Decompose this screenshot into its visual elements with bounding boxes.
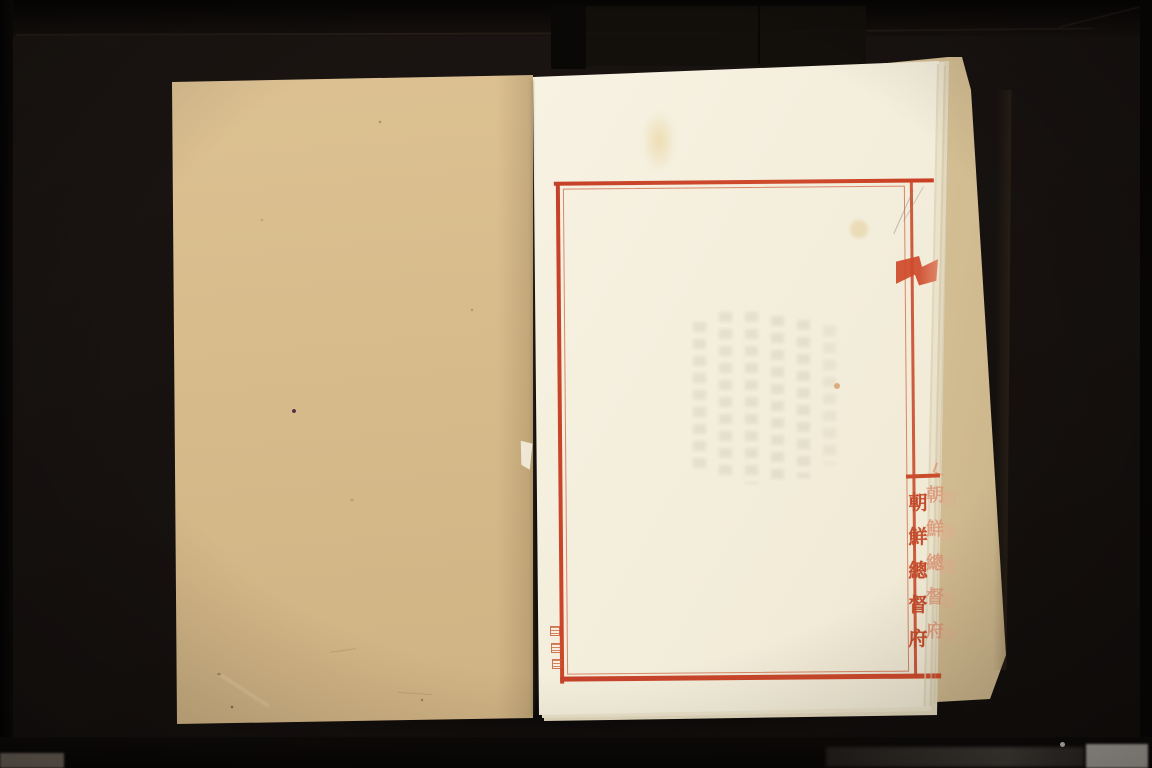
spine-shadow <box>531 80 534 714</box>
banxin-echo-char: 朝 <box>940 483 957 517</box>
banxin-echo-char: 督 <box>940 585 957 619</box>
stand-shadow-strip <box>551 5 586 69</box>
bottom-glare-left <box>0 753 64 768</box>
printer-mark <box>550 626 560 636</box>
frame-border-bottom <box>560 673 941 681</box>
frame-border-top <box>554 178 934 185</box>
bottom-glare-center <box>826 747 1084 767</box>
banxin-echo-char: 府 <box>940 619 957 653</box>
bottom-glare-dot <box>1060 742 1065 747</box>
frame-rail-right <box>1140 0 1152 768</box>
frame-rail-left <box>0 0 13 768</box>
back-cover-shading <box>992 90 1011 670</box>
book-photograph: 朝 鮮 總 督 府 朝 鮮 總 督 府 朝 鮮 總 督 府 <box>0 0 1152 768</box>
red-ruled-frame <box>554 174 950 689</box>
banxin-echo-char: 鮮 <box>940 517 957 551</box>
stand-shadow-band <box>584 6 866 66</box>
banxin-echo-char: 總 <box>940 551 957 585</box>
printer-mark <box>551 643 561 653</box>
front-cover <box>172 70 533 726</box>
page-stain <box>642 110 676 172</box>
banxin-title-echo-faint: 朝 鮮 總 督 府 <box>936 483 960 653</box>
bottom-glare-right <box>1086 744 1148 768</box>
frame-inner-rule <box>563 186 909 675</box>
backdrop-seam <box>758 4 760 64</box>
printer-mark <box>552 659 562 669</box>
